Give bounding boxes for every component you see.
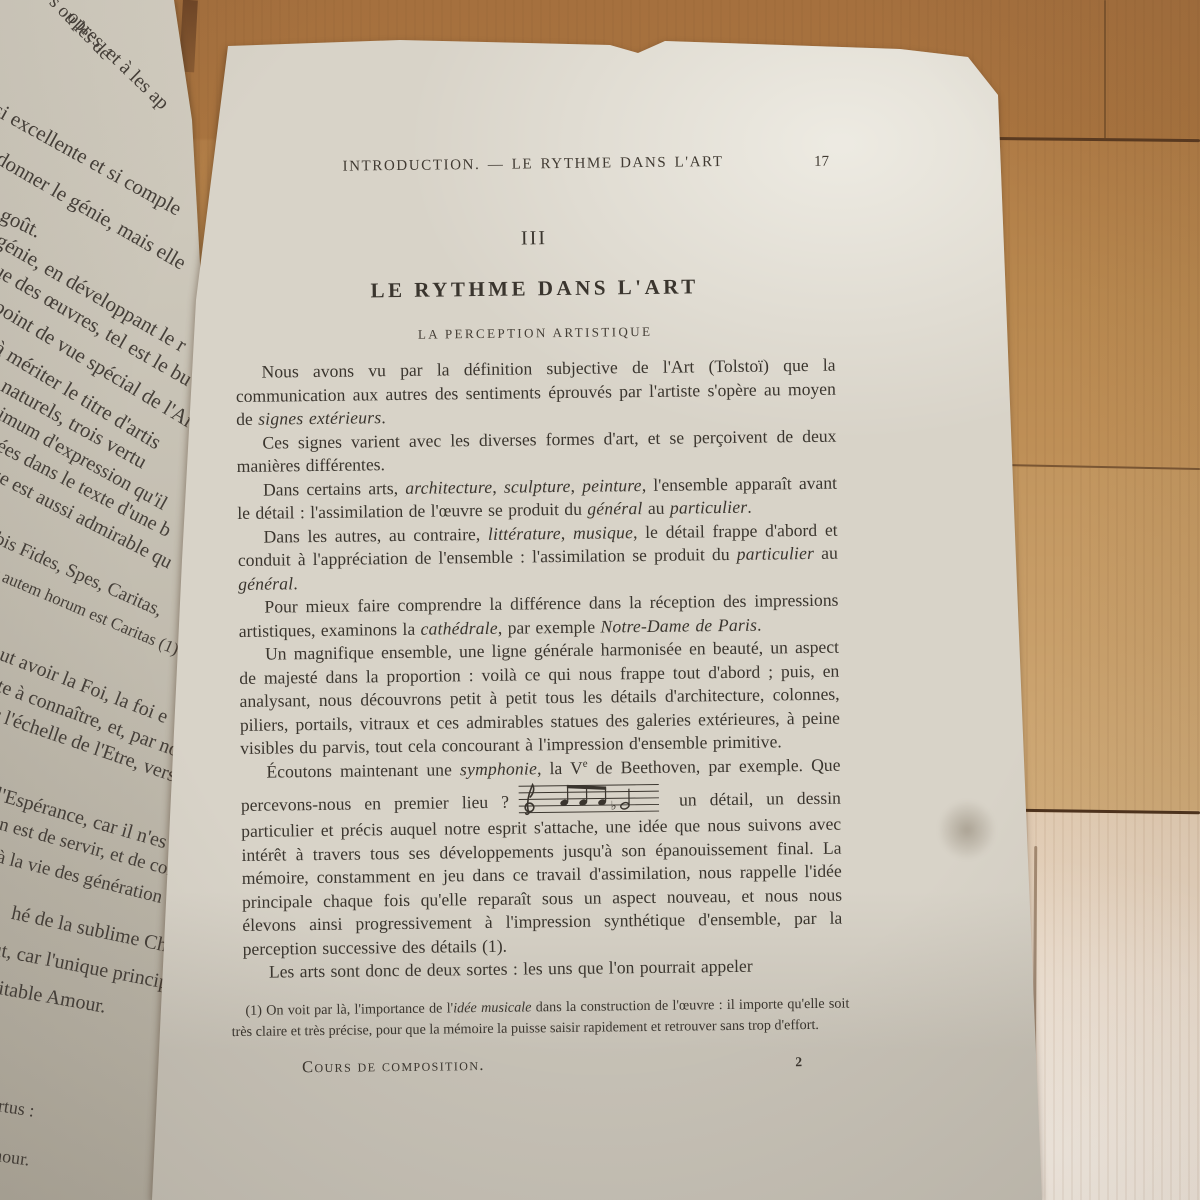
- series-title: Cours de composition.: [302, 1055, 485, 1077]
- paragraph: Dans certains arts, architecture, sculpt…: [237, 471, 838, 525]
- main-page-wrap: INTRODUCTION. — LE RYTHME DANS L'ART 17 …: [0, 0, 1200, 1200]
- text-run: , la V: [537, 757, 583, 778]
- text-run: au: [642, 498, 670, 518]
- svg-text:♭: ♭: [611, 799, 617, 813]
- italic-run: architecture: [405, 476, 492, 497]
- text-run: Dans les autres, au contraire,: [263, 523, 488, 546]
- section-number: III: [234, 224, 834, 254]
- italic-run: signes extérieurs: [258, 407, 381, 429]
- text-run: .: [757, 614, 762, 634]
- italic-run: Notre-Dame de Paris: [600, 614, 757, 636]
- page-speck: [1041, 1090, 1046, 1099]
- paragraph: Pour mieux faire comprendre la différenc…: [238, 589, 839, 643]
- paragraph: Dans les autres, au contraire, littératu…: [237, 518, 838, 596]
- running-header: INTRODUCTION. — LE RYTHME DANS L'ART 17: [233, 153, 833, 177]
- italic-run: musique: [573, 522, 633, 543]
- italic-run: général: [238, 573, 293, 594]
- footnote: (1) On voit par là, l'importance de l'id…: [231, 993, 849, 1044]
- text-run: Un magnifique ensemble, une ligne généra…: [239, 637, 840, 758]
- italic-run: littérature: [488, 523, 561, 544]
- text-run: Les arts sont donc de deux sortes : les …: [269, 956, 753, 982]
- section-subtitle: LA PERCEPTION ARTISTIQUE: [235, 322, 835, 345]
- italic-run: cathédrale: [420, 617, 497, 638]
- italic-run: particulier: [670, 497, 748, 518]
- section-title: LE RYTHME DANS L'ART: [234, 273, 834, 305]
- paragraph: Un magnifique ensemble, une ligne généra…: [239, 636, 840, 761]
- page-content: INTRODUCTION. — LE RYTHME DANS L'ART 17 …: [233, 153, 844, 1082]
- text-run: .: [293, 573, 298, 593]
- page-footer: Cours de composition. 2: [244, 1050, 844, 1081]
- text-run: , par exemple: [498, 616, 601, 637]
- italic-run: peinture: [582, 475, 642, 496]
- italic-run: sculpture: [504, 475, 571, 496]
- paragraph: Nous avons vu par la définition subjecti…: [235, 354, 836, 432]
- text-run: Ces signes varient avec les diverses for…: [237, 425, 837, 476]
- text-run: au: [814, 543, 838, 563]
- music-notation-beethoven-motif: ♭: [515, 779, 663, 817]
- signature-mark: 2: [795, 1054, 802, 1070]
- paragraph: Ces signes varient avec les diverses for…: [236, 424, 837, 478]
- paragraph: Écoutons maintenant une symphonie, la Ve…: [240, 753, 842, 961]
- text-run: Dans certains arts,: [263, 477, 405, 499]
- body-text: Nous avons vu par la définition subjecti…: [235, 354, 843, 985]
- text-run: ,: [561, 522, 573, 542]
- page-stain: [938, 800, 996, 860]
- italic-run: général: [587, 498, 642, 519]
- text-run: .: [747, 497, 752, 517]
- italic-run: idée musicale: [453, 999, 532, 1016]
- book-page: INTRODUCTION. — LE RYTHME DANS L'ART 17 …: [0, 0, 1200, 1200]
- text-run: ,: [492, 476, 504, 496]
- italic-run: particulier: [737, 543, 815, 564]
- running-title: INTRODUCTION. — LE RYTHME DANS L'ART: [342, 154, 723, 175]
- text-run: .: [381, 407, 386, 427]
- text-run: Écoutons maintenant une: [266, 759, 460, 781]
- book-photo: s ou les dé opres, et à les ap , si exce…: [0, 0, 1200, 1200]
- text-run: ,: [570, 475, 582, 495]
- page-number: 17: [814, 154, 829, 171]
- text-run: (1) On voit par là, l'importance de l': [245, 1000, 453, 1019]
- italic-run: symphonie: [460, 758, 537, 779]
